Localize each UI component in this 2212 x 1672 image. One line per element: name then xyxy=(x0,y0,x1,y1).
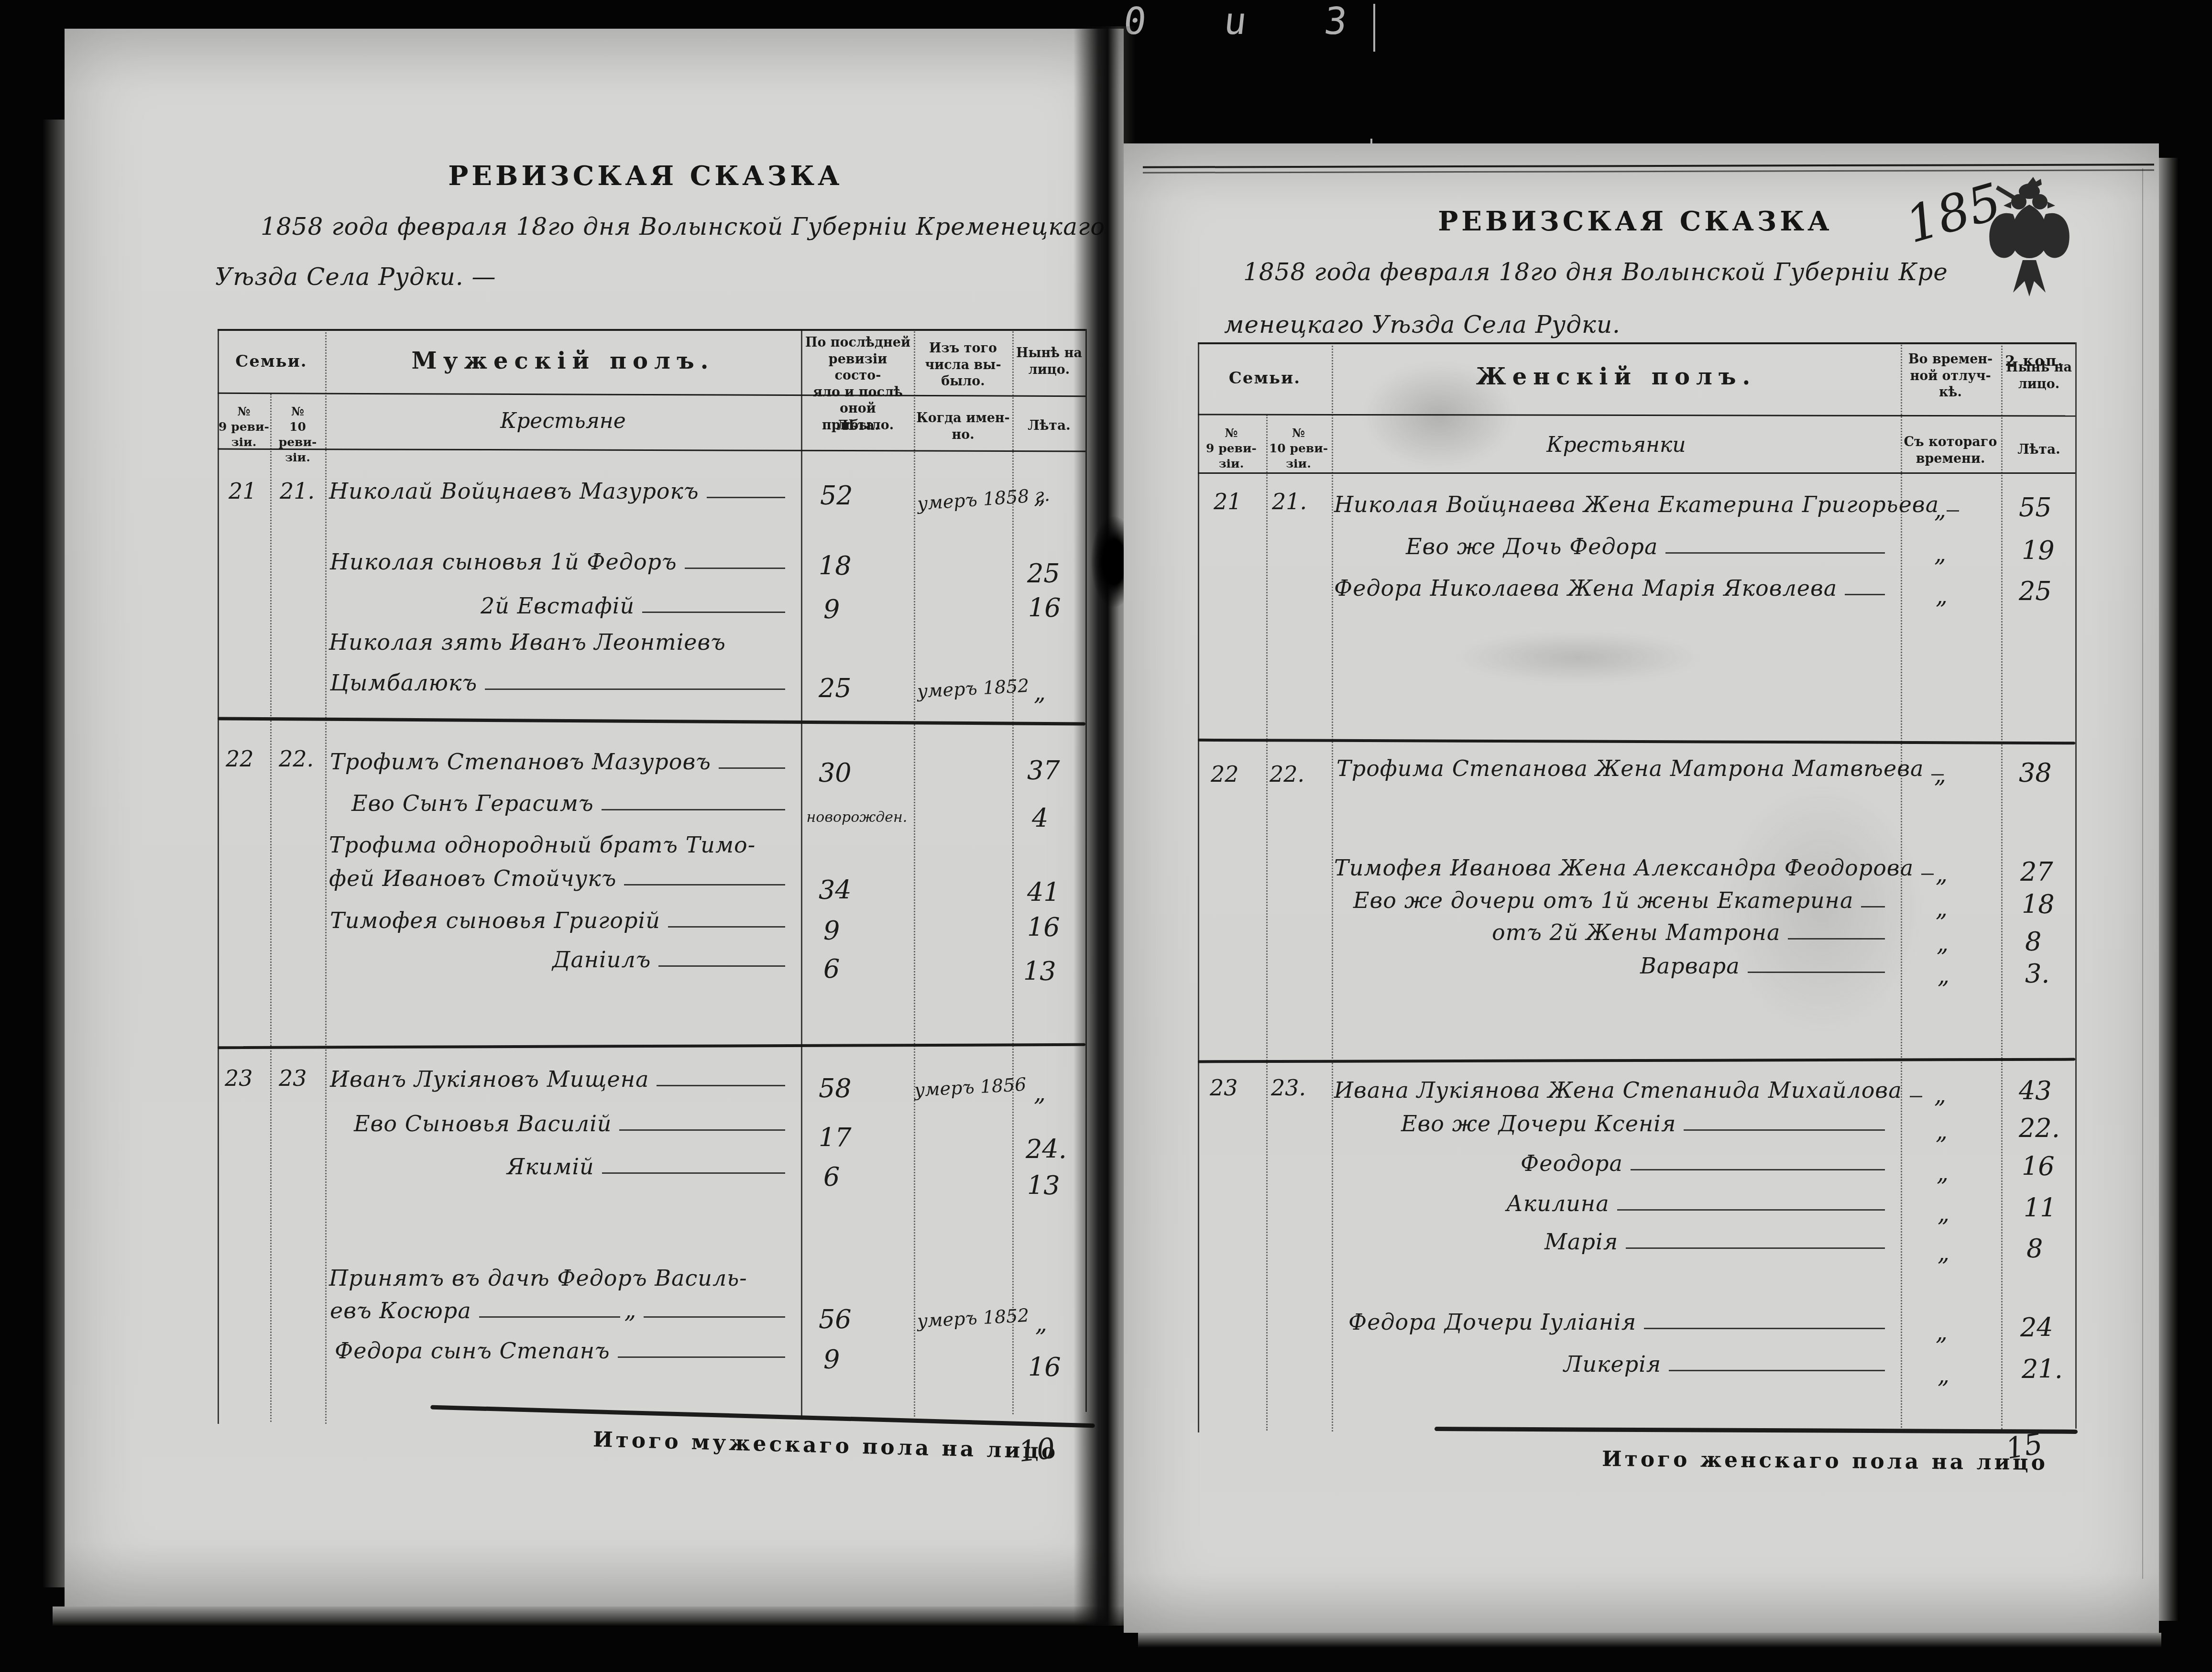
family-no-rev10: 22. xyxy=(279,746,314,772)
page-title: РЕВИЗСКАЯ СКАЗКА xyxy=(1420,206,1851,237)
entry-underline xyxy=(658,965,785,967)
person-name: Трофимъ Степановъ Мазуровъ xyxy=(330,750,711,775)
family-no-rev10: 21. xyxy=(1272,489,1307,514)
entry-underline xyxy=(619,1129,785,1131)
column-divider xyxy=(325,329,327,1424)
entry-underline xyxy=(644,1316,785,1318)
column-header-departed: Изъ того числа вы- было. xyxy=(916,340,1010,390)
table-top-rule xyxy=(218,329,1085,331)
age-now: 38 xyxy=(2019,758,2052,788)
age-last-revision: 56 xyxy=(819,1304,852,1334)
column-divider xyxy=(270,394,272,1422)
age-now: 16 xyxy=(2022,1151,2055,1181)
entry-underline xyxy=(1947,510,1959,512)
table-left-border xyxy=(1198,342,1199,1432)
mid-ditto-mark: „ xyxy=(624,1297,636,1323)
entry-underline xyxy=(668,926,785,928)
entry-underline xyxy=(1788,938,1885,940)
header-bottom-rule xyxy=(1198,472,2075,474)
left-page-bottom-edge xyxy=(53,1606,1124,1627)
entry-underline xyxy=(602,1172,785,1174)
person-name: Марія xyxy=(1544,1230,1618,1255)
column-header-sex: Мужескій полъ. xyxy=(325,347,801,376)
person-name: Ликерія xyxy=(1564,1352,1661,1377)
person-name: Даніилъ xyxy=(552,948,651,973)
revision-date-line: 1858 года февраля 18го дня Волынской Губ… xyxy=(261,213,1105,240)
age-now-ditto: „ xyxy=(1034,679,1046,706)
column-divider xyxy=(2001,342,2003,1430)
absence-ditto: „ xyxy=(1937,930,1949,957)
age-last-revision-note: новорожден. xyxy=(802,809,911,826)
age-now: 13 xyxy=(1027,1170,1060,1201)
person-name: Цымбалюкъ xyxy=(330,671,477,696)
family-no-rev9: 22 xyxy=(226,746,254,772)
absence-ditto: „ xyxy=(1938,1239,1949,1266)
entry-underline xyxy=(479,1316,621,1318)
revision-date-line: 1858 года февраля 18го дня Волынской Губ… xyxy=(1243,258,1948,286)
family-no-rev9: 22 xyxy=(1211,761,1239,787)
entry-underline xyxy=(485,688,785,690)
age-last-revision: 9 xyxy=(823,1344,840,1375)
left-page-stack-edge xyxy=(42,120,65,1587)
absence-ditto: „ xyxy=(1938,962,1949,989)
age-now-ditto: „ xyxy=(1034,1080,1046,1106)
total-females-value: 15 xyxy=(2004,1427,2045,1466)
family-no-rev9: 23 xyxy=(1210,1075,1238,1101)
person-name: Федора сынъ Степанъ xyxy=(335,1339,610,1364)
family-no-rev10: 23 xyxy=(279,1065,307,1091)
person-name: Ево же дочери отъ 1й жены Екатерина xyxy=(1353,888,1853,913)
person-name: Варвара xyxy=(1640,954,1740,979)
age-now: 25 xyxy=(2019,576,2052,606)
age-last-revision: 9 xyxy=(823,916,840,946)
family-no-rev10: 21. xyxy=(280,478,315,504)
age-now: 13 xyxy=(1023,956,1056,986)
person-name: Трофима Степанова Жена Матрона Матвѣева xyxy=(1336,756,1924,781)
person-name: Ево же Дочери Ксенія xyxy=(1401,1112,1676,1137)
age-last-revision: 17 xyxy=(819,1123,852,1153)
entry-underline xyxy=(1684,1129,1885,1131)
column-divider xyxy=(1266,415,1268,1431)
family-no-rev9: 21 xyxy=(1214,489,1242,514)
age-now: 11 xyxy=(2024,1193,2057,1223)
absence-ditto: „ xyxy=(1934,496,1946,523)
entry-underline xyxy=(1921,874,1934,875)
age-last-revision: 9 xyxy=(823,594,840,624)
person-name: Николая Войцнаева Жена Екатерина Григорь… xyxy=(1334,492,1939,517)
person-name: Принятъ въ дачѣ Федоръ Василь- xyxy=(329,1266,747,1291)
right-page-stack-edge xyxy=(2159,158,2179,1621)
age-now: 16 xyxy=(1027,912,1060,942)
total-males-value: 10 xyxy=(1017,1432,1057,1469)
page-edge-line xyxy=(2142,168,2143,1579)
absence-ditto: „ xyxy=(1934,540,1946,567)
bleed-through-smudge xyxy=(1454,631,1702,684)
age-last-revision: 52 xyxy=(820,481,853,511)
column-header-absence: Во времен- ной отлуч- кѣ. xyxy=(1903,351,1998,401)
age-now: 4 xyxy=(1032,803,1048,833)
age-now: 16 xyxy=(1028,593,1061,623)
age-last-revision: 34 xyxy=(819,875,852,905)
age-now: 27 xyxy=(2020,857,2053,887)
age-now: 8 xyxy=(2025,927,2041,957)
revenue-stamp-eagle-icon xyxy=(1984,176,2075,329)
table-left-border xyxy=(218,329,219,1424)
person-name: Тимофея сыновья Григорій xyxy=(330,908,660,933)
total-females-label: Итого женскаго пола на лицо xyxy=(1602,1447,2048,1475)
entry-underline xyxy=(1669,1370,1885,1371)
entry-underline xyxy=(1910,1096,1922,1097)
person-name: Иванъ Лукіяновъ Мищена xyxy=(330,1067,649,1092)
person-name: Трофима однородный братъ Тимо- xyxy=(329,833,756,858)
age-now: 37 xyxy=(1027,755,1060,786)
absence-ditto: „ xyxy=(1936,861,1948,887)
entry-underline xyxy=(1665,552,1885,554)
column-divider xyxy=(801,329,802,1419)
entry-underline xyxy=(1644,1328,1885,1329)
person-name: Федора Дочери Іуліанія xyxy=(1348,1310,1636,1335)
entry-underline xyxy=(707,497,785,498)
age-now-ditto: „ xyxy=(1034,482,1046,509)
person-name: Николая зять Иванъ Леонтіевъ xyxy=(329,630,726,655)
revision-place-line: менецкаго Уѣзда Села Рудки. xyxy=(1224,311,1621,339)
person-name: Федора Николаева Жена Марія Яковлева xyxy=(1334,576,1837,601)
entry-underline xyxy=(685,568,785,569)
column-divider xyxy=(1332,342,1333,1432)
person-name: Якимій xyxy=(507,1155,594,1180)
column-divider xyxy=(914,329,915,1417)
age-now: 24. xyxy=(1026,1134,1067,1164)
subheader-age-now: Лѣта. xyxy=(2004,441,2074,458)
person-name: Николай Войцнаевъ Мазурокъ xyxy=(329,479,699,504)
absence-ditto: „ xyxy=(1934,761,1946,788)
person-name: Ево Сынъ Герасимъ xyxy=(351,791,594,816)
film-frame-counter: 0 u 3 xyxy=(1121,0,1377,43)
age-last-revision: 6 xyxy=(823,1162,840,1192)
entry-underline xyxy=(618,1356,785,1358)
table-top-rule xyxy=(1198,342,2075,344)
entry-underline xyxy=(1845,594,1885,595)
age-now: 22. xyxy=(2019,1113,2060,1143)
family-no-rev10: 23. xyxy=(1271,1075,1306,1101)
absence-ditto: „ xyxy=(1936,895,1948,922)
age-now: 43 xyxy=(2019,1076,2052,1106)
column-header-family: Семьи. xyxy=(1198,368,1332,389)
person-name: Акилина xyxy=(1506,1191,1610,1216)
absence-ditto: „ xyxy=(1938,1362,1949,1388)
family-no-rev9: 23 xyxy=(225,1065,253,1091)
subheader-since-when: Съ котораго времени. xyxy=(1903,434,1998,467)
age-now: 25 xyxy=(1027,558,1060,589)
person-name: отъ 2й Жены Матрона xyxy=(1492,920,1780,945)
person-name: евъ Косюра xyxy=(330,1299,471,1323)
column-header-present: Нынѣ на лицо. xyxy=(2004,360,2074,393)
absence-ditto: „ xyxy=(1938,1200,1949,1227)
person-name: Феодора xyxy=(1521,1151,1623,1176)
family-no-rev9: 21 xyxy=(229,478,257,504)
age-now: 21. xyxy=(2022,1354,2063,1384)
subheader-age: Лѣта. xyxy=(803,417,912,434)
table-right-border xyxy=(2075,342,2077,1429)
age-now: 24 xyxy=(2020,1312,2053,1343)
page-title: РЕВИЗСКАЯ СКАЗКА xyxy=(430,160,861,192)
estate-label: Крестьяне xyxy=(325,409,801,433)
age-now-ditto: „ xyxy=(1035,1310,1047,1337)
age-last-revision: 6 xyxy=(823,954,840,984)
person-name: Ево же Дочь Федора xyxy=(1406,535,1658,559)
absence-ditto: „ xyxy=(1934,1082,1946,1108)
absence-ditto: „ xyxy=(1936,1319,1948,1345)
right-page-bottom-edge xyxy=(1138,1633,2161,1648)
age-now: 19 xyxy=(2022,535,2055,566)
estate-label: Крестьянки xyxy=(1332,433,1901,457)
column-header-rev9: № 9 реви- зіи. xyxy=(218,404,270,450)
entry-underline xyxy=(719,767,785,769)
column-header-family: Семьи. xyxy=(218,351,325,372)
person-name: фей Ивановъ Стойчукъ xyxy=(329,866,616,891)
age-now: 41 xyxy=(1027,877,1060,907)
absence-ditto: „ xyxy=(1937,1159,1949,1186)
age-now: 55 xyxy=(2019,492,2052,523)
column-header-sex: Женскій полъ. xyxy=(1332,362,1901,392)
age-now: 16 xyxy=(1028,1352,1061,1382)
absence-ditto: „ xyxy=(1936,582,1948,609)
person-name: Николая сыновья 1й Федоръ xyxy=(330,550,677,575)
entry-underline xyxy=(1631,1169,1885,1170)
revision-place-line: Уѣзда Села Рудки. — xyxy=(215,263,496,291)
entry-underline xyxy=(1748,972,1885,973)
age-last-revision: 58 xyxy=(819,1073,852,1104)
film-scratch-mark xyxy=(1373,4,1375,52)
family-no-rev10: 22. xyxy=(1270,761,1304,787)
entry-underline xyxy=(642,612,785,613)
person-name: Ивана Лукіянова Жена Степанида Михайлова xyxy=(1334,1078,1902,1103)
entry-underline xyxy=(1861,906,1885,907)
person-name: 2й Евстафій xyxy=(481,594,635,619)
person-name: Ево Сыновья Василій xyxy=(354,1112,612,1137)
subheader-when: Когда имен- но. xyxy=(916,410,1010,443)
column-header-rev10: № 10 реви- зіи. xyxy=(270,404,325,465)
entry-underline xyxy=(602,809,785,810)
age-now: 8 xyxy=(2026,1234,2043,1264)
entry-underline xyxy=(624,884,785,885)
entry-underline xyxy=(1626,1247,1885,1249)
column-header-rev9: № 9 реви- зіи. xyxy=(1198,426,1265,471)
age-now: 18 xyxy=(2022,889,2055,919)
person-name: Тимофея Иванова Жена Александра Феодоров… xyxy=(1334,856,1914,881)
entry-underline xyxy=(1617,1209,1885,1211)
age-now: 3. xyxy=(2025,959,2050,989)
age-last-revision: 18 xyxy=(819,551,852,581)
column-header-rev10: № 10 реви- зіи. xyxy=(1266,426,1331,471)
entry-underline xyxy=(657,1085,785,1086)
age-last-revision: 25 xyxy=(819,673,852,703)
age-last-revision: 30 xyxy=(819,758,852,788)
absence-ditto: „ xyxy=(1936,1118,1948,1145)
